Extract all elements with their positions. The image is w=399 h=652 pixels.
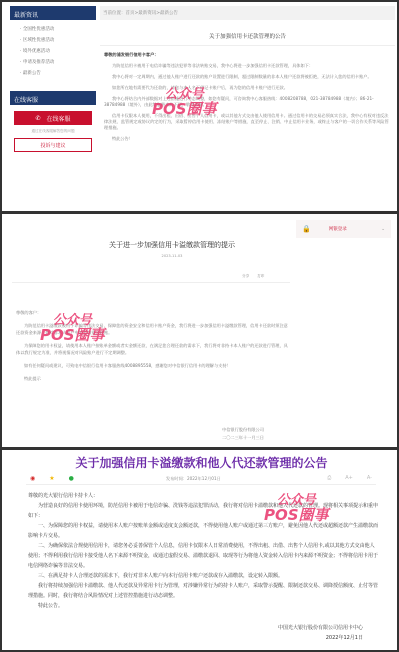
share-button[interactable]: 分享: [242, 274, 249, 279]
paragraph: 为防范信用卡溢缴款被用于诈骗等违法交易，保障您的资金安全和信用卡账户资金，我行将…: [16, 322, 288, 336]
paragraph: 如您所在地有需要代为还款的，请您与本人名下借记卡账户后，再为您的信用卡账户进行还…: [104, 85, 391, 91]
article-tools: 分享 打印: [242, 274, 264, 279]
salutation: 尊敬的客户：: [16, 309, 288, 316]
paragraph: 特此公告！: [104, 136, 391, 142]
netbank-login-button[interactable]: 🔒 网银登录 ⌄: [296, 220, 391, 238]
complaint-button[interactable]: 投诉与建议: [14, 138, 92, 152]
paragraph: 我中心将对一定周期内，通过他人账户进行还款的账户设置进行限制，超过限制数量的非本…: [104, 74, 391, 80]
announcement-title: 关于进一步加强信用卡溢缴款管理的提示: [2, 240, 342, 250]
sidebar-news-header: 最新资讯: [10, 6, 96, 20]
favorite-star-icon[interactable]: ★: [49, 475, 54, 482]
signature: 中信银行股份有限公司 二〇二三年十一月三日: [222, 426, 264, 442]
paragraph: 为保障您的用卡权益，请使用本人账户按账单金额或者实金额还款，在满足您合理还款的需…: [16, 342, 288, 356]
print-button[interactable]: 打印: [257, 274, 264, 279]
announcement-body: 尊敬的浦发银行信用卡客户： 为防范信用卡被用于电信诈骗等违法犯罪等非法转账交易，…: [100, 52, 395, 142]
print-icon[interactable]: ⎙: [327, 475, 331, 481]
service-note: 通过在线客服解答您的问题: [10, 129, 96, 134]
divider: [12, 282, 290, 283]
announcement-body: 尊敬的客户： 为防范信用卡溢缴款被用于诈骗等违法交易，保障您的资金安全和信用卡账…: [16, 309, 288, 388]
sidebar-item[interactable]: 区域性优惠活动: [20, 35, 96, 46]
sidebar-service-header: 在线客服: [10, 91, 96, 105]
main-content: 当前位置：首页>最新资讯>最新公告 关于加强信用卡还款管理的公告 尊敬的浦发银行…: [100, 6, 395, 147]
article-meta-bar: ◉ ★ ● 发布时间：2022年12月01日 ⎙ A+ A-: [26, 475, 376, 485]
announcement-title: 关于加强信用卡溢缴款和他人代还款管理的公告: [2, 454, 399, 471]
paragraph: 特此公告。: [28, 601, 378, 611]
sidebar-item[interactable]: 最新公告: [20, 68, 96, 79]
paragraph: 为防范信用卡被用于电信诈骗等违法犯罪等非法转账交易，我中心将进一步加强信用卡还款…: [104, 63, 391, 69]
announcement-body: 尊敬的光大银行信用卡持卡人： 为营造良好的信用卡使用环境，防范信用卡被用于电信诈…: [28, 491, 378, 611]
online-service-button[interactable]: ✆ 在线客服: [14, 111, 92, 125]
sidebar: 最新资讯 全国性优惠活动 区域性优惠活动 境外优惠活动 申请及推荐活动 最新公告…: [10, 6, 96, 152]
wechat-icon[interactable]: ●: [69, 475, 74, 482]
spdb-announcement-screenshot: 最新资讯 全国性优惠活动 区域性优惠活动 境外优惠活动 申请及推荐活动 最新公告…: [0, 0, 399, 213]
paragraph: 如有任何疑问或建议，可致电中信银行信用卡客服热线4008895558，感谢您对中…: [16, 362, 288, 369]
weibo-icon[interactable]: ◉: [30, 475, 35, 482]
sidebar-item[interactable]: 全国性优惠活动: [20, 24, 96, 35]
netbank-login-label: 网银登录: [329, 226, 347, 232]
paragraph: 我中心将结合内外部数据对上述措施进行动态调整，如您有疑问，可咨询我中心客服热线：…: [104, 96, 391, 108]
sidebar-news-list: 全国性优惠活动 区域性优惠活动 境外优惠活动 申请及推荐活动 最新公告: [10, 20, 96, 83]
reading-tools: ⎙ A+ A-: [327, 475, 372, 481]
share-icons: ◉ ★ ●: [30, 475, 74, 482]
paragraph: 一、为保障您的用卡权益，请使用本人账户按账单金额或适度支会额还款，不得使用他人账…: [28, 521, 378, 541]
font-larger-icon[interactable]: A+: [345, 475, 353, 481]
phone-icon: ✆: [35, 115, 40, 122]
signature-org: 中信银行股份有限公司: [222, 426, 264, 434]
font-smaller-icon[interactable]: A-: [367, 475, 372, 481]
signature-org: 中国光大银行股份有限公司信用卡中心: [278, 623, 363, 633]
announcement-title: 关于加强信用卡还款管理的公告: [100, 32, 395, 46]
announcement-date: 2023-11-03: [2, 254, 342, 258]
lock-icon: 🔒: [302, 225, 311, 233]
paragraph: 为营造良好的信用卡使用环境，防范信用卡被用于电信诈骗、洗钱等违法犯罪活动，我行将…: [28, 501, 378, 521]
citic-announcement-screenshot: 🔒 网银登录 ⌄ 关于进一步加强信用卡溢缴款管理的提示 2023-11-03 分…: [0, 212, 399, 449]
salutation: 尊敬的光大银行信用卡持卡人：: [28, 491, 378, 501]
paragraph: 三、在满足持卡人合理还款的需求下，我行对非本人账户向本行信用卡账户还款或存入溢缴…: [28, 571, 378, 581]
ceb-announcement-screenshot: 关于加强信用卡溢缴款和他人代还款管理的公告 ◉ ★ ● 发布时间：2022年12…: [0, 448, 399, 652]
signature-date: 2022年12月1日: [278, 633, 363, 643]
signature: 中国光大银行股份有限公司信用卡中心 2022年12月1日: [278, 623, 363, 643]
paragraph: 二、为确保依法合规使用信用卡，请您务必妥善保管个人信息，信用卡仅限本人日常消费使…: [28, 541, 378, 571]
publish-time: 发布时间：2022年12月01日: [166, 476, 221, 482]
sidebar-item[interactable]: 申请及推荐活动: [20, 57, 96, 68]
online-service-label: 在线客服: [47, 114, 71, 123]
signature-date: 二〇二三年十一月三日: [222, 434, 264, 442]
salutation: 尊敬的浦发银行信用卡客户：: [104, 52, 391, 58]
breadcrumb: 当前位置：首页>最新资讯>最新公告: [100, 6, 395, 20]
paragraph: 特此提示: [16, 375, 288, 382]
sidebar-item[interactable]: 境外优惠活动: [20, 46, 96, 57]
chevron-down-icon: ⌄: [381, 227, 385, 232]
paragraph: 我行将持续加强信用卡溢缴款、他人代还款及异常用卡行为管理，对涉嫌异常行为的持卡人…: [28, 581, 378, 601]
paragraph: 信用卡仅限本人使用，不得出租、出借、出售个人信用卡，或以其他方式交由他人使用信用…: [104, 113, 391, 131]
